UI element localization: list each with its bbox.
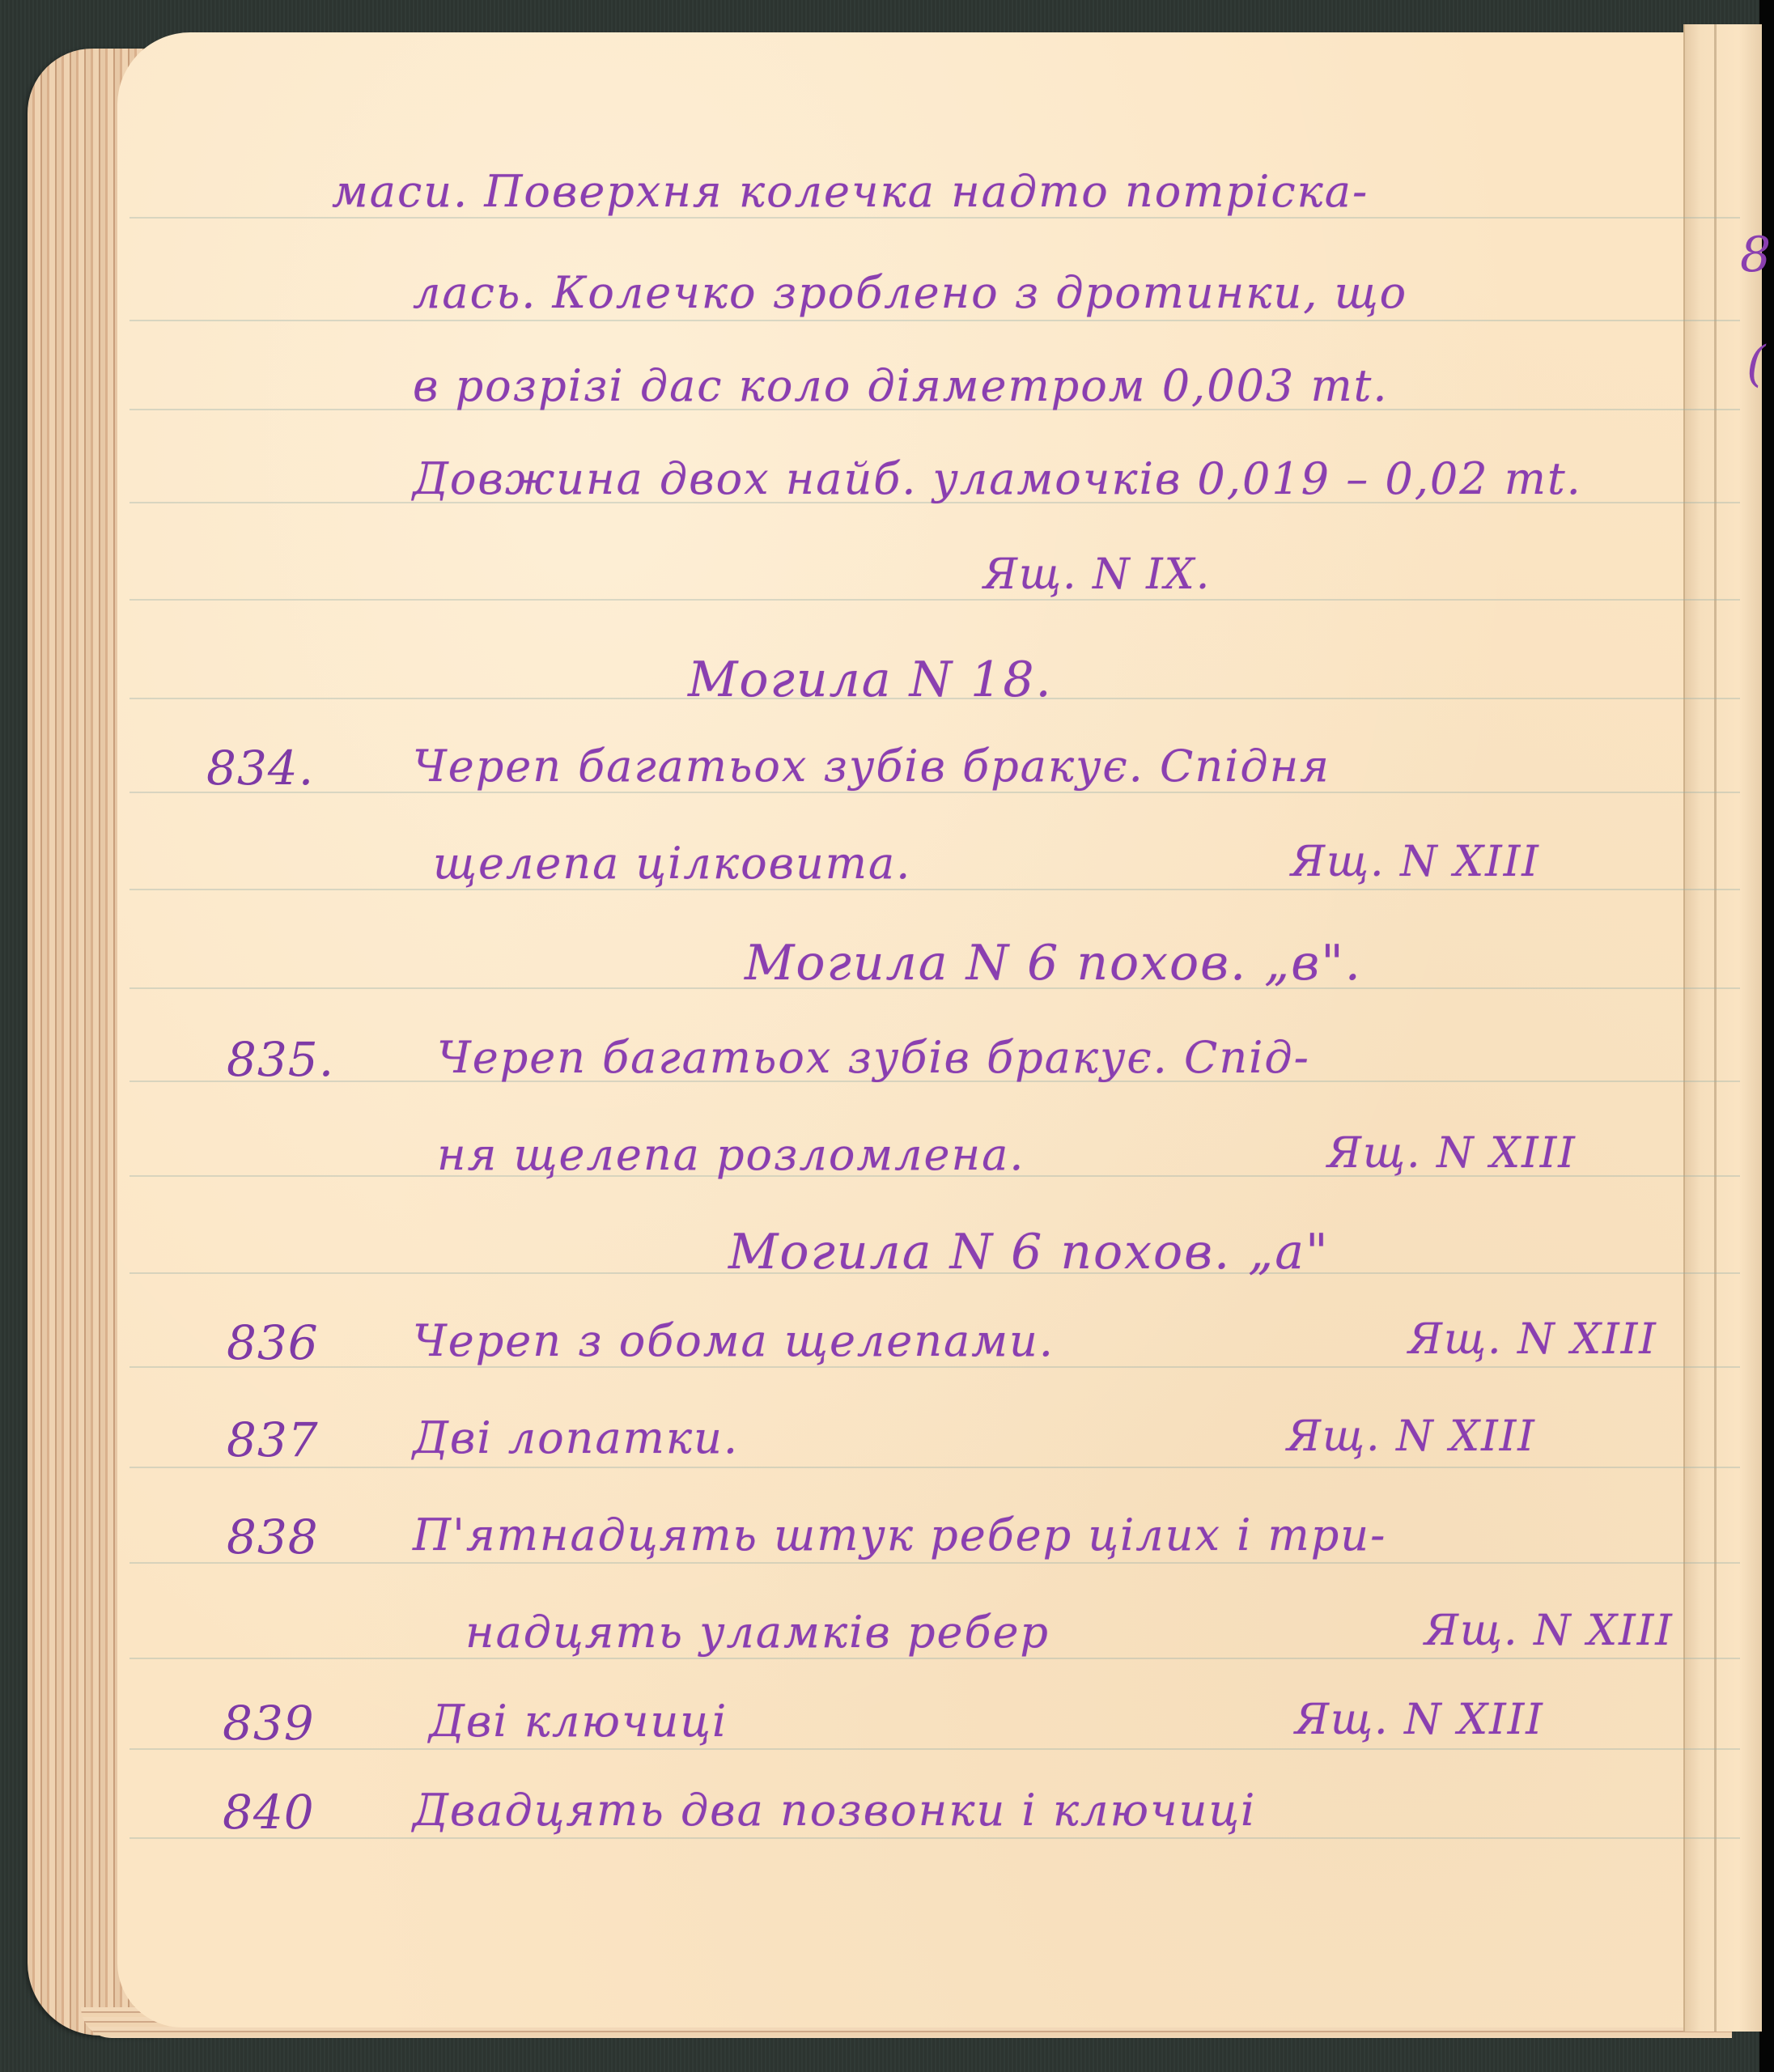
- entry-text: Череп багатьох зубів бракує. Спідня: [413, 741, 1330, 792]
- entry-text: Череп з обома щелепами.: [413, 1315, 1055, 1366]
- ruled-line: [129, 1366, 1740, 1368]
- grave-heading: Могила N 6 похов. „а": [728, 1224, 1330, 1280]
- ruled-line: [129, 792, 1740, 793]
- box-reference: Ящ. N XIII: [1291, 838, 1540, 886]
- entry-text: надцять уламків ребер: [465, 1607, 1050, 1658]
- box-reference: Ящ. N XIII: [1408, 1315, 1657, 1364]
- ruled-line: [129, 217, 1740, 219]
- entry-number: 839: [223, 1696, 315, 1751]
- ruled-line: [129, 1658, 1740, 1659]
- text-line: лась. Колечко зроблено з дротинки, що: [413, 267, 1407, 318]
- ruled-line: [129, 599, 1740, 601]
- box-reference: Ящ. N XIII: [1424, 1607, 1674, 1655]
- text-line: в розрізі дас коло діяметром 0,003 mt.: [413, 360, 1389, 411]
- entry-text: П'ятнадцять штук ребер цілих і три-: [413, 1509, 1386, 1560]
- entry-text: Дві ключиці: [429, 1696, 728, 1747]
- facing-page-fragment: 8: [1740, 227, 1771, 283]
- entry-number: 835.: [227, 1032, 334, 1087]
- entry-text: щелепа цілковита.: [433, 838, 911, 889]
- facing-page-fragment: (: [1746, 336, 1765, 393]
- grave-heading: Могила N 18.: [688, 652, 1053, 708]
- box-reference: Ящ. N XIII: [1287, 1412, 1536, 1461]
- ruled-line: [129, 1562, 1740, 1564]
- ruled-line: [129, 1467, 1740, 1468]
- entry-text: Двадцять два позвонки і ключиці: [413, 1785, 1256, 1836]
- entry-text: Дві лопатки.: [413, 1412, 739, 1463]
- text-line: маси. Поверхня колечка надто потріска-: [332, 166, 1369, 217]
- entry-number: 834.: [206, 741, 314, 796]
- ruled-line: [129, 1837, 1740, 1839]
- entry-number: 840: [223, 1785, 315, 1840]
- entry-number: 838: [227, 1509, 319, 1565]
- entry-text: Череп багатьох зубів бракує. Спід-: [437, 1032, 1310, 1083]
- binding-fold: [1714, 24, 1717, 2032]
- entry-number: 837: [227, 1412, 319, 1467]
- entry-number: 836: [227, 1315, 319, 1370]
- ruled-line: [129, 1748, 1740, 1750]
- box-reference: Ящ. N XIII: [1295, 1696, 1544, 1744]
- grave-heading: Могила N 6 похов. „в".: [745, 935, 1362, 991]
- text-line: Довжина двох найб. уламочків 0,019 – 0,0…: [413, 453, 1582, 504]
- ruled-line: [129, 320, 1740, 321]
- facing-page-gutter: [1683, 24, 1762, 2032]
- box-reference: Ящ. N XIII: [1327, 1129, 1577, 1178]
- box-reference: Ящ. N IX.: [983, 550, 1211, 599]
- ruled-line: [129, 889, 1740, 890]
- entry-text: ня щелепа розломлена.: [437, 1129, 1025, 1180]
